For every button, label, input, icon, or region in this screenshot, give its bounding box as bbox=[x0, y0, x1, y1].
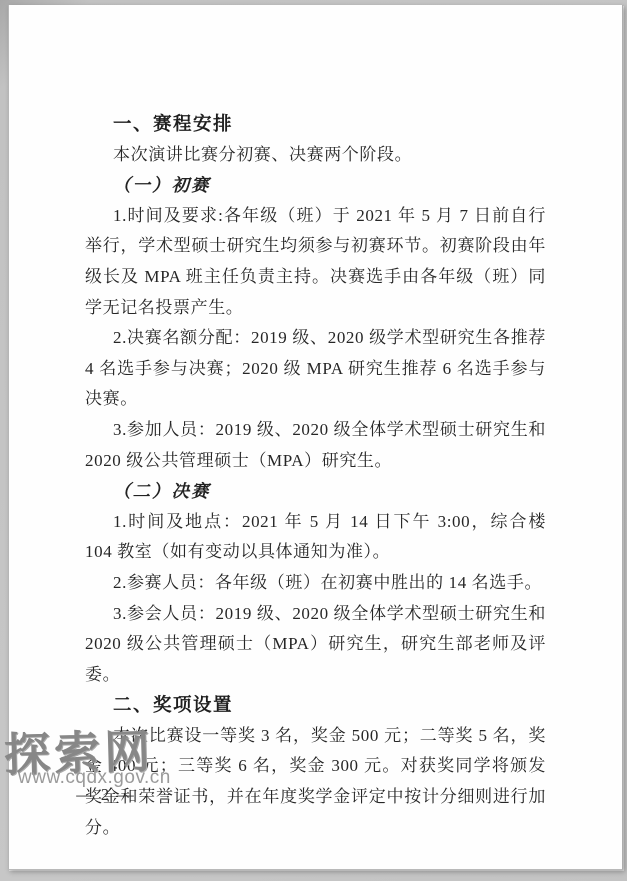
section-heading-1: 一、赛程安排 bbox=[85, 109, 546, 140]
subheading-preliminary: （一）初赛 bbox=[85, 170, 546, 201]
paragraph-prelim-time: 1.时间及要求:各年级（班）于 2021 年 5 月 7 日前自行举行，学术型硕… bbox=[85, 201, 546, 323]
subheading-final: （二）决赛 bbox=[85, 476, 546, 507]
paragraph-final-time: 1.时间及地点：2021 年 5 月 14 日下午 3:00，综合楼 104 教… bbox=[85, 507, 546, 568]
paragraph-prelim-quota: 2.决赛名额分配：2019 级、2020 级学术型研究生各推荐 4 名选手参与决… bbox=[85, 323, 546, 415]
document-page: 一、赛程安排 本次演讲比赛分初赛、决赛两个阶段。 （一）初赛 1.时间及要求:各… bbox=[8, 5, 623, 870]
paragraph-final-audience: 3.参会人员：2019 级、2020 级全体学术型硕士研究生和 2020 级公共… bbox=[85, 599, 546, 691]
paragraph-final-players: 2.参赛人员：各年级（班）在初赛中胜出的 14 名选手。 bbox=[85, 568, 546, 599]
section-heading-2: 二、奖项设置 bbox=[85, 690, 546, 721]
paragraph-intro: 本次演讲比赛分初赛、决赛两个阶段。 bbox=[85, 140, 546, 171]
page-number: — 2 — bbox=[46, 785, 166, 805]
paragraph-prelim-people: 3.参加人员：2019 级、2020 级全体学术型硕士研究生和 2020 级公共… bbox=[85, 415, 546, 476]
document-body: 一、赛程安排 本次演讲比赛分初赛、决赛两个阶段。 （一）初赛 1.时间及要求:各… bbox=[85, 109, 546, 843]
scan-canvas: { "doc": { "blocks": [ { "type": "headin… bbox=[0, 0, 627, 881]
